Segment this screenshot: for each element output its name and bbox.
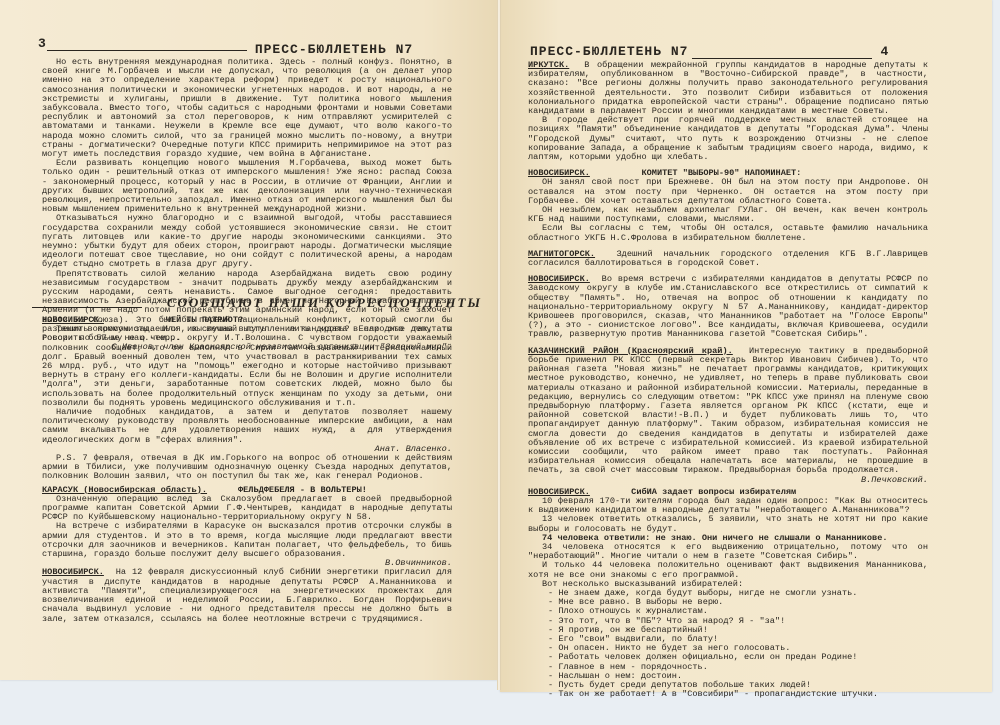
paragraph: Наличие подобных кандидатов, а затем и д… [42, 408, 452, 445]
header-rule [47, 50, 247, 51]
paragraph: Но есть внутренняя международная политик… [42, 58, 452, 159]
paragraph: Отказываться нужно благородно и с взаимн… [42, 214, 452, 269]
section-title: СООБЩАЮТ НАШИ КОРРЕСПОНДЕНТЫ [32, 295, 482, 311]
paragraph: Если Вы согласны с тем, чтобы ОН остался… [528, 224, 928, 242]
list-item: - Так он же работает! А в "Совсибири" - … [528, 690, 928, 699]
paragraph: На 12 февраля дискуссионный клуб СибНИИ … [42, 567, 452, 623]
paragraph: Во время встречи с избирателями кандидат… [528, 274, 928, 339]
paragraph: На встрече с избирателями в Карасуке он … [42, 522, 452, 559]
report-body: МАГНИТОГОРСК. Здешний начальник городско… [528, 250, 928, 268]
postscript: P.S. 7 февраля, отвечая в ДК им.Горького… [42, 454, 452, 482]
left-page-header: 3ПРЕСС-БЮЛЛЕТЕНЬ N7 [38, 36, 413, 51]
report-body: НОВОСИБИРСК. На 12 февраля дискуссионный… [42, 568, 452, 623]
paragraph: Таким вопросом задаешься, выслушав высту… [42, 325, 452, 408]
paragraph: ОН занял свой пост при Брежневе. ОН был … [528, 178, 928, 206]
report-body: КАЗАЧИНСКИЙ РАЙОН (Красноярский край). И… [528, 347, 928, 476]
paragraph: В городе действует при горячей поддержке… [528, 116, 928, 162]
paragraph: Интересную тактику в предвыборной борьбе… [528, 346, 928, 476]
page-number: 4 [880, 44, 889, 59]
page-number: 3 [38, 36, 47, 51]
page-fold [497, 0, 501, 690]
paragraph: Если развивать концепцию нового мышления… [42, 159, 452, 214]
report-body: НОВОСИБИРСК. Во время встречи с избирате… [528, 275, 928, 339]
paragraph: Означенную операцию вслед за Скалозубом … [42, 495, 452, 523]
paragraph: В обращении межрайонной группы кандидато… [528, 60, 928, 116]
right-page: ПРЕСС-БЮЛЛЕТЕНЬ N74 ИРКУТСК. В обращении… [500, 0, 992, 692]
right-reports: ИРКУТСК. В обращении межрайонной группы … [528, 61, 928, 699]
voter-quotes-list: - Не знаем даже, когда будут выборы, ниг… [528, 589, 928, 699]
right-page-header: ПРЕСС-БЮЛЛЕТЕНЬ N74 [530, 44, 889, 59]
paragraph: И только 44 человека положительно оценив… [528, 561, 928, 579]
section-title-text: СООБЩАЮТ НАШИ КОРРЕСПОНДЕНТЫ [167, 295, 482, 310]
paragraph: 13 человек ответить отказались, 5 заявил… [528, 515, 928, 533]
header-rule [692, 58, 872, 59]
left-page: 3ПРЕСС-БЮЛЛЕТЕНЬ N7 Но есть внутренняя м… [0, 0, 498, 680]
section-rule [32, 307, 142, 308]
header-title: ПРЕСС-БЮЛЛЕТЕНЬ N7 [530, 44, 688, 59]
header-title: ПРЕСС-БЮЛЛЕТЕНЬ N7 [255, 42, 413, 57]
paragraph: 34 человека относятся к его выдвижению о… [528, 543, 928, 561]
paragraph: 10 февраля 170-ти жителям города был зад… [528, 497, 928, 515]
report-body: ИРКУТСК. В обращении межрайонной группы … [528, 61, 928, 116]
left-reports: НОВОСИБИРСК. ЧЕЙ ТЫ ПАТРИОТ? Таким вопро… [42, 316, 452, 624]
signature: В.Печковский. [528, 476, 928, 485]
paragraph: ОН незыблем, как незыблем архипелаг ГУЛа… [528, 206, 928, 224]
